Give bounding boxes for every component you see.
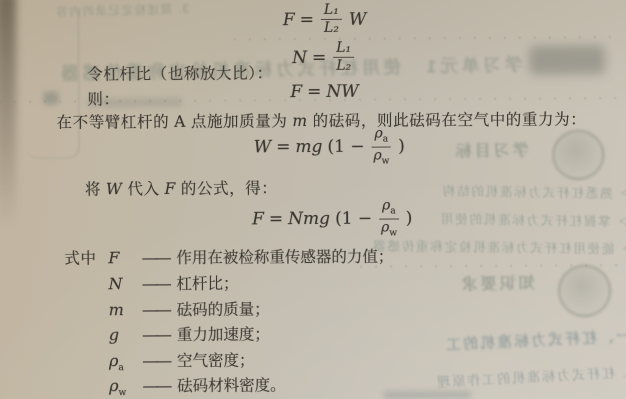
close-paren: ) bbox=[398, 136, 405, 156]
formula-rhs: W bbox=[349, 9, 367, 29]
open-paren: (1 − bbox=[335, 209, 372, 229]
equals-sign: = bbox=[300, 10, 314, 30]
close-paren: ) bbox=[406, 208, 413, 228]
weight-variable: W bbox=[106, 180, 123, 198]
definition-text: 作用在被检称重传感器的力值； bbox=[176, 245, 393, 268]
rho-weight: ρ bbox=[373, 147, 381, 163]
equals-sign: = bbox=[276, 137, 290, 157]
density-fraction: ρa ρw bbox=[371, 127, 391, 167]
sentence-segment: 在不等臂杠杆的 bbox=[56, 114, 169, 132]
ghost-unit-badge bbox=[529, 45, 605, 74]
page-sheet: 3. 简述检定记录的内容 学习单元1 使用杠杆式力标准机检定称重传感器 学习目标… bbox=[0, 0, 626, 399]
formula-f-nw: F = NW bbox=[290, 82, 359, 102]
definition-text: 重力加速度； bbox=[177, 322, 270, 345]
equals-sign: = bbox=[307, 82, 321, 102]
definition-dash: —— bbox=[142, 250, 168, 268]
sentence-segment: 代入 bbox=[127, 181, 159, 198]
formula-lhs: W bbox=[254, 137, 272, 157]
formula-weight-in-air: W = mg (1 − ρa ρw ) bbox=[254, 126, 405, 167]
ghost-knowledge-stamp-icon bbox=[557, 264, 611, 317]
definition-dash: —— bbox=[142, 276, 168, 294]
symbol-subscript: a bbox=[118, 363, 123, 373]
point-a-variable: A bbox=[174, 113, 186, 131]
definition-dash: —— bbox=[143, 353, 169, 371]
symbol: m bbox=[109, 300, 124, 319]
rho-weight: ρ bbox=[381, 219, 389, 235]
where-label: 式中 bbox=[64, 246, 96, 268]
definition-text: 砝码材料密度。 bbox=[177, 373, 286, 396]
ghost-goal-item: ＞ 掌握杠杆式力标准机的使用 bbox=[439, 209, 626, 230]
ghost-goals-title: 学习目标 bbox=[453, 137, 529, 161]
rho-weight-subscript: w bbox=[382, 156, 390, 166]
fraction-denominator: L₂ bbox=[336, 58, 351, 74]
rho-air-subscript: a bbox=[383, 134, 388, 144]
ghost-smudge bbox=[43, 92, 58, 105]
sentence-segment: 将 bbox=[85, 181, 101, 198]
ghost-box-border bbox=[25, 9, 80, 158]
rho-weight-subscript: w bbox=[389, 228, 397, 238]
fraction-denominator: L₂ bbox=[324, 20, 339, 36]
sentence-segment: 的公式，得： bbox=[181, 180, 278, 198]
ghost-goal-item: ＞ 熟悉杠杆式力标准机的结构 bbox=[441, 181, 626, 202]
equals-sign: = bbox=[312, 48, 326, 68]
formula-force-final: F = Nmg (1 − ρa ρw ) bbox=[252, 198, 413, 239]
formula-body: Nmg bbox=[288, 209, 330, 229]
force-variable: F bbox=[165, 180, 176, 198]
formula-lever-force: F = L₁ L₂ W bbox=[283, 3, 367, 37]
fraction: L₁ L₂ bbox=[333, 41, 354, 74]
definition-dash: —— bbox=[143, 327, 169, 345]
symbol: N bbox=[108, 274, 122, 293]
formula-lhs: N bbox=[292, 48, 307, 68]
rho-air-subscript: a bbox=[390, 206, 395, 216]
definition-row: m —— 砝码的质量； bbox=[109, 297, 270, 322]
symbol: ρ bbox=[109, 376, 119, 395]
definition-row: N —— 杠杆比； bbox=[108, 271, 238, 296]
symbol-subscript: w bbox=[119, 388, 127, 398]
symbol: F bbox=[108, 248, 119, 267]
formula-lhs: F bbox=[290, 82, 302, 102]
symbol: ρ bbox=[109, 351, 119, 370]
fraction: L₁ L₂ bbox=[321, 3, 342, 36]
ghost-smudge bbox=[383, 391, 471, 399]
definition-dash: —— bbox=[143, 378, 169, 396]
ghost-knowledge-line: 1. 杠杆式力标准机的工作原理 bbox=[434, 362, 626, 391]
symbol: g bbox=[109, 325, 119, 344]
definition-text: 空气密度； bbox=[177, 348, 255, 370]
fraction-numerator: L₁ bbox=[321, 3, 342, 20]
fraction-numerator: L₁ bbox=[333, 41, 354, 58]
substitution-sentence: 将 W 代入 F 的公式，得： bbox=[85, 176, 278, 199]
noise-dots bbox=[234, 36, 624, 40]
ghost-goal-item: ＞ 能使用杠杆式力标准机检定称重传感器 bbox=[372, 236, 626, 257]
definition-dash: —— bbox=[143, 302, 169, 320]
formula-lhs: F bbox=[252, 209, 264, 229]
formula-rhs: NW bbox=[326, 82, 358, 102]
definition-text: 杠杆比； bbox=[176, 271, 238, 293]
formula-body: mg bbox=[295, 137, 322, 157]
then-label: 则： bbox=[87, 87, 119, 109]
rho-air: ρ bbox=[374, 126, 382, 142]
ghost-goal-stamp-icon bbox=[552, 129, 605, 180]
definition-row: ρw —— 砝码材料密度。 bbox=[109, 373, 286, 398]
lever-ratio-label: 令杠杆比（也称放大比）： bbox=[87, 61, 273, 84]
equals-sign: = bbox=[269, 209, 283, 229]
formula-lever-ratio: N = L₁ L₂ bbox=[292, 41, 356, 75]
ghost-knowledge-title: 知识要求 bbox=[458, 270, 535, 295]
definition-text: 砝码的质量； bbox=[177, 297, 270, 320]
open-paren: (1 − bbox=[327, 137, 364, 157]
formula-lhs: F bbox=[283, 10, 295, 30]
density-fraction: ρa ρw bbox=[379, 198, 399, 238]
definition-row: ρa —— 空气密度； bbox=[109, 348, 255, 373]
definition-row: F —— 作用在被检称重传感器的力值； bbox=[108, 245, 393, 271]
ghost-knowledge-line: 一、杠杆式力标准机的工 bbox=[443, 325, 626, 355]
textbook-page-photo: { "content": { "formula_lever": {"lhs": … bbox=[0, 0, 626, 399]
definition-row: g —— 重力加速度； bbox=[109, 322, 270, 347]
